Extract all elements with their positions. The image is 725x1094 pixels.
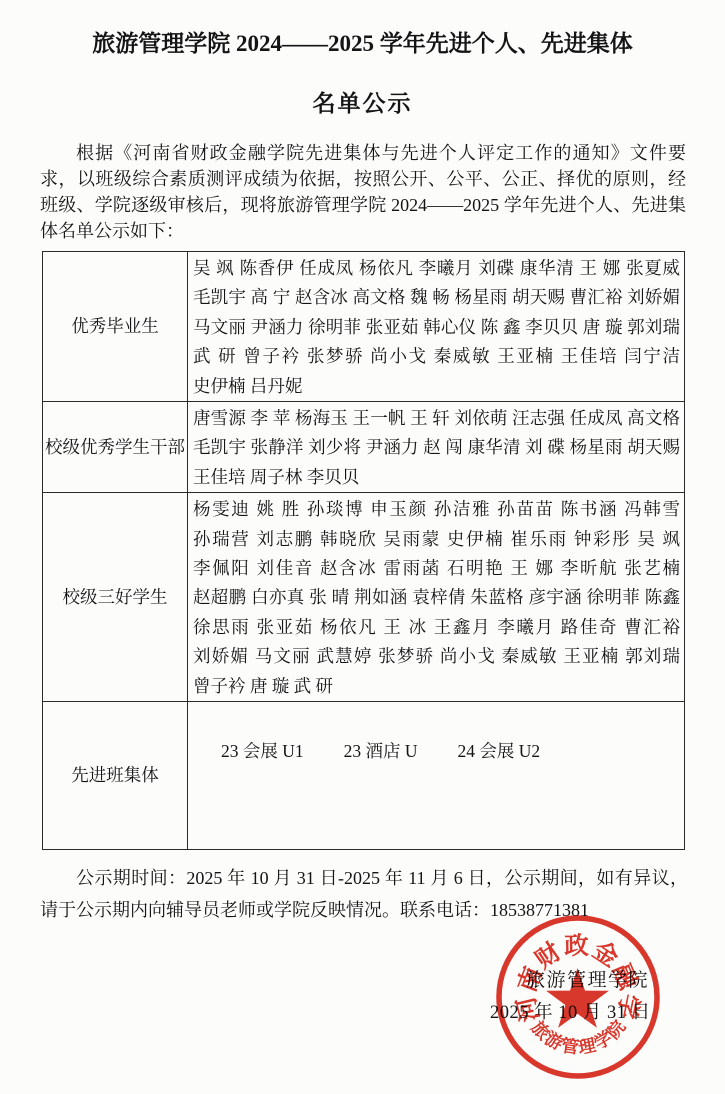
category-cell: 校级三好学生 — [43, 493, 188, 702]
table-row-merit-students: 校级三好学生 杨雯迪 姚 胜 孙琰博 申玉颜 孙洁雅 孙苗苗 陈书涵 冯韩雪孙瑞… — [43, 493, 685, 702]
category-cell: 先进班集体 — [43, 702, 188, 850]
name-line: 毛凯宇 高 宁 赵含冰 高文格 魏 畅 杨星雨 胡天赐 曹汇裕 刘娇媚 — [193, 283, 680, 312]
name-line: 毛凯宇 张静洋 刘少将 尹涵力 赵 闯 康华清 刘 碟 杨星雨 胡天赐 — [193, 433, 680, 462]
name-line: 马文丽 尹涵力 徐明菲 张亚茹 韩心仪 陈 鑫 李贝贝 唐 璇 郭刘瑞 — [193, 313, 680, 342]
collective-item: 24 会展 U2 — [458, 738, 541, 763]
stamp-star-icon — [546, 968, 609, 1028]
name-line: 孙瑞营 刘志鹏 韩晓欣 吴雨蒙 史伊楠 崔乐雨 钟彩彤 吴 飒 — [193, 525, 680, 554]
name-line: 王佳培 周子林 李贝贝 — [193, 463, 680, 492]
svg-text:旅游管理学院: 旅游管理学院 — [527, 1015, 630, 1058]
intro-paragraph: 根据《河南省财政金融学院先进集体与先进个人评定工作的通知》文件要求，以班级综合素… — [40, 140, 686, 245]
name-line: 吴 飒 陈香伊 任成凤 杨依凡 李曦月 刘碟 康华清 王 娜 张夏威 — [193, 254, 680, 283]
name-line: 徐思雨 张亚茹 杨依凡 王 冰 王鑫月 李曦月 路佳奇 曹汇裕 — [193, 613, 680, 642]
names-cell: 杨雯迪 姚 胜 孙琰博 申玉颜 孙洁雅 孙苗苗 陈书涵 冯韩雪孙瑞营 刘志鹏 韩… — [188, 493, 685, 702]
document-page: 旅游管理学院 2024——2025 学年先进个人、先进集体 名单公示 根据《河南… — [0, 0, 725, 1094]
awards-table: 优秀毕业生 吴 飒 陈香伊 任成凤 杨依凡 李曦月 刘碟 康华清 王 娜 张夏威… — [42, 251, 685, 850]
name-line: 武 研 曾子衿 张梦骄 尚小戈 秦威敏 王亚楠 王佳培 闫宁洁 — [193, 342, 680, 371]
page-title-line1: 旅游管理学院 2024——2025 学年先进个人、先进集体 — [0, 0, 725, 57]
name-line: 曾子衿 唐 璇 武 研 — [193, 672, 680, 701]
name-line: 史伊楠 吕丹妮 — [193, 372, 680, 401]
category-cell: 校级优秀学生干部 — [43, 402, 188, 493]
names-cell: 吴 飒 陈香伊 任成凤 杨依凡 李曦月 刘碟 康华清 王 娜 张夏威毛凯宇 高 … — [188, 252, 685, 402]
name-line: 杨雯迪 姚 胜 孙琰博 申玉颜 孙洁雅 孙苗苗 陈书涵 冯韩雪 — [193, 495, 680, 524]
collectives-cell: 23 会展 U123 酒店 U24 会展 U2 — [188, 702, 685, 850]
collective-list: 23 会展 U123 酒店 U24 会展 U2 — [193, 704, 680, 763]
collective-item: 23 会展 U1 — [221, 738, 304, 763]
collective-item: 23 酒店 U — [344, 738, 418, 763]
official-stamp: 河南财政金融学院 旅游管理学院 — [490, 911, 666, 1087]
stamp-inner-arc-text: 旅游管理学院 — [527, 1015, 630, 1058]
category-cell: 优秀毕业生 — [43, 252, 188, 402]
table-row-advanced-classes: 先进班集体 23 会展 U123 酒店 U24 会展 U2 — [43, 702, 685, 850]
name-line: 赵超鹏 白亦真 张 晴 荆如涵 袁梓倩 朱蓝格 彦宇涵 徐明菲 陈鑫 — [193, 583, 680, 612]
page-title: 旅游管理学院 2024——2025 学年先进个人、先进集体 名单公示 — [0, 0, 725, 118]
names-cell: 唐雪源 李 苹 杨海玉 王一帆 王 轩 刘依萌 汪志强 任成凤 高文格毛凯宇 张… — [188, 402, 685, 493]
name-line: 李佩阳 刘佳音 赵含冰 雷雨菡 石明艳 王 娜 李昕航 张艺楠 — [193, 554, 680, 583]
table-row-outstanding-graduates: 优秀毕业生 吴 飒 陈香伊 任成凤 杨依凡 李曦月 刘碟 康华清 王 娜 张夏威… — [43, 252, 685, 402]
table-row-outstanding-cadres: 校级优秀学生干部 唐雪源 李 苹 杨海玉 王一帆 王 轩 刘依萌 汪志强 任成凤… — [43, 402, 685, 493]
page-title-line2: 名单公示 — [0, 57, 725, 117]
name-line: 刘娇媚 马文丽 武慧婷 张梦骄 尚小戈 秦威敏 王亚楠 郭刘瑞 — [193, 642, 680, 671]
name-line: 唐雪源 李 苹 杨海玉 王一帆 王 轩 刘依萌 汪志强 任成凤 高文格 — [193, 404, 680, 433]
